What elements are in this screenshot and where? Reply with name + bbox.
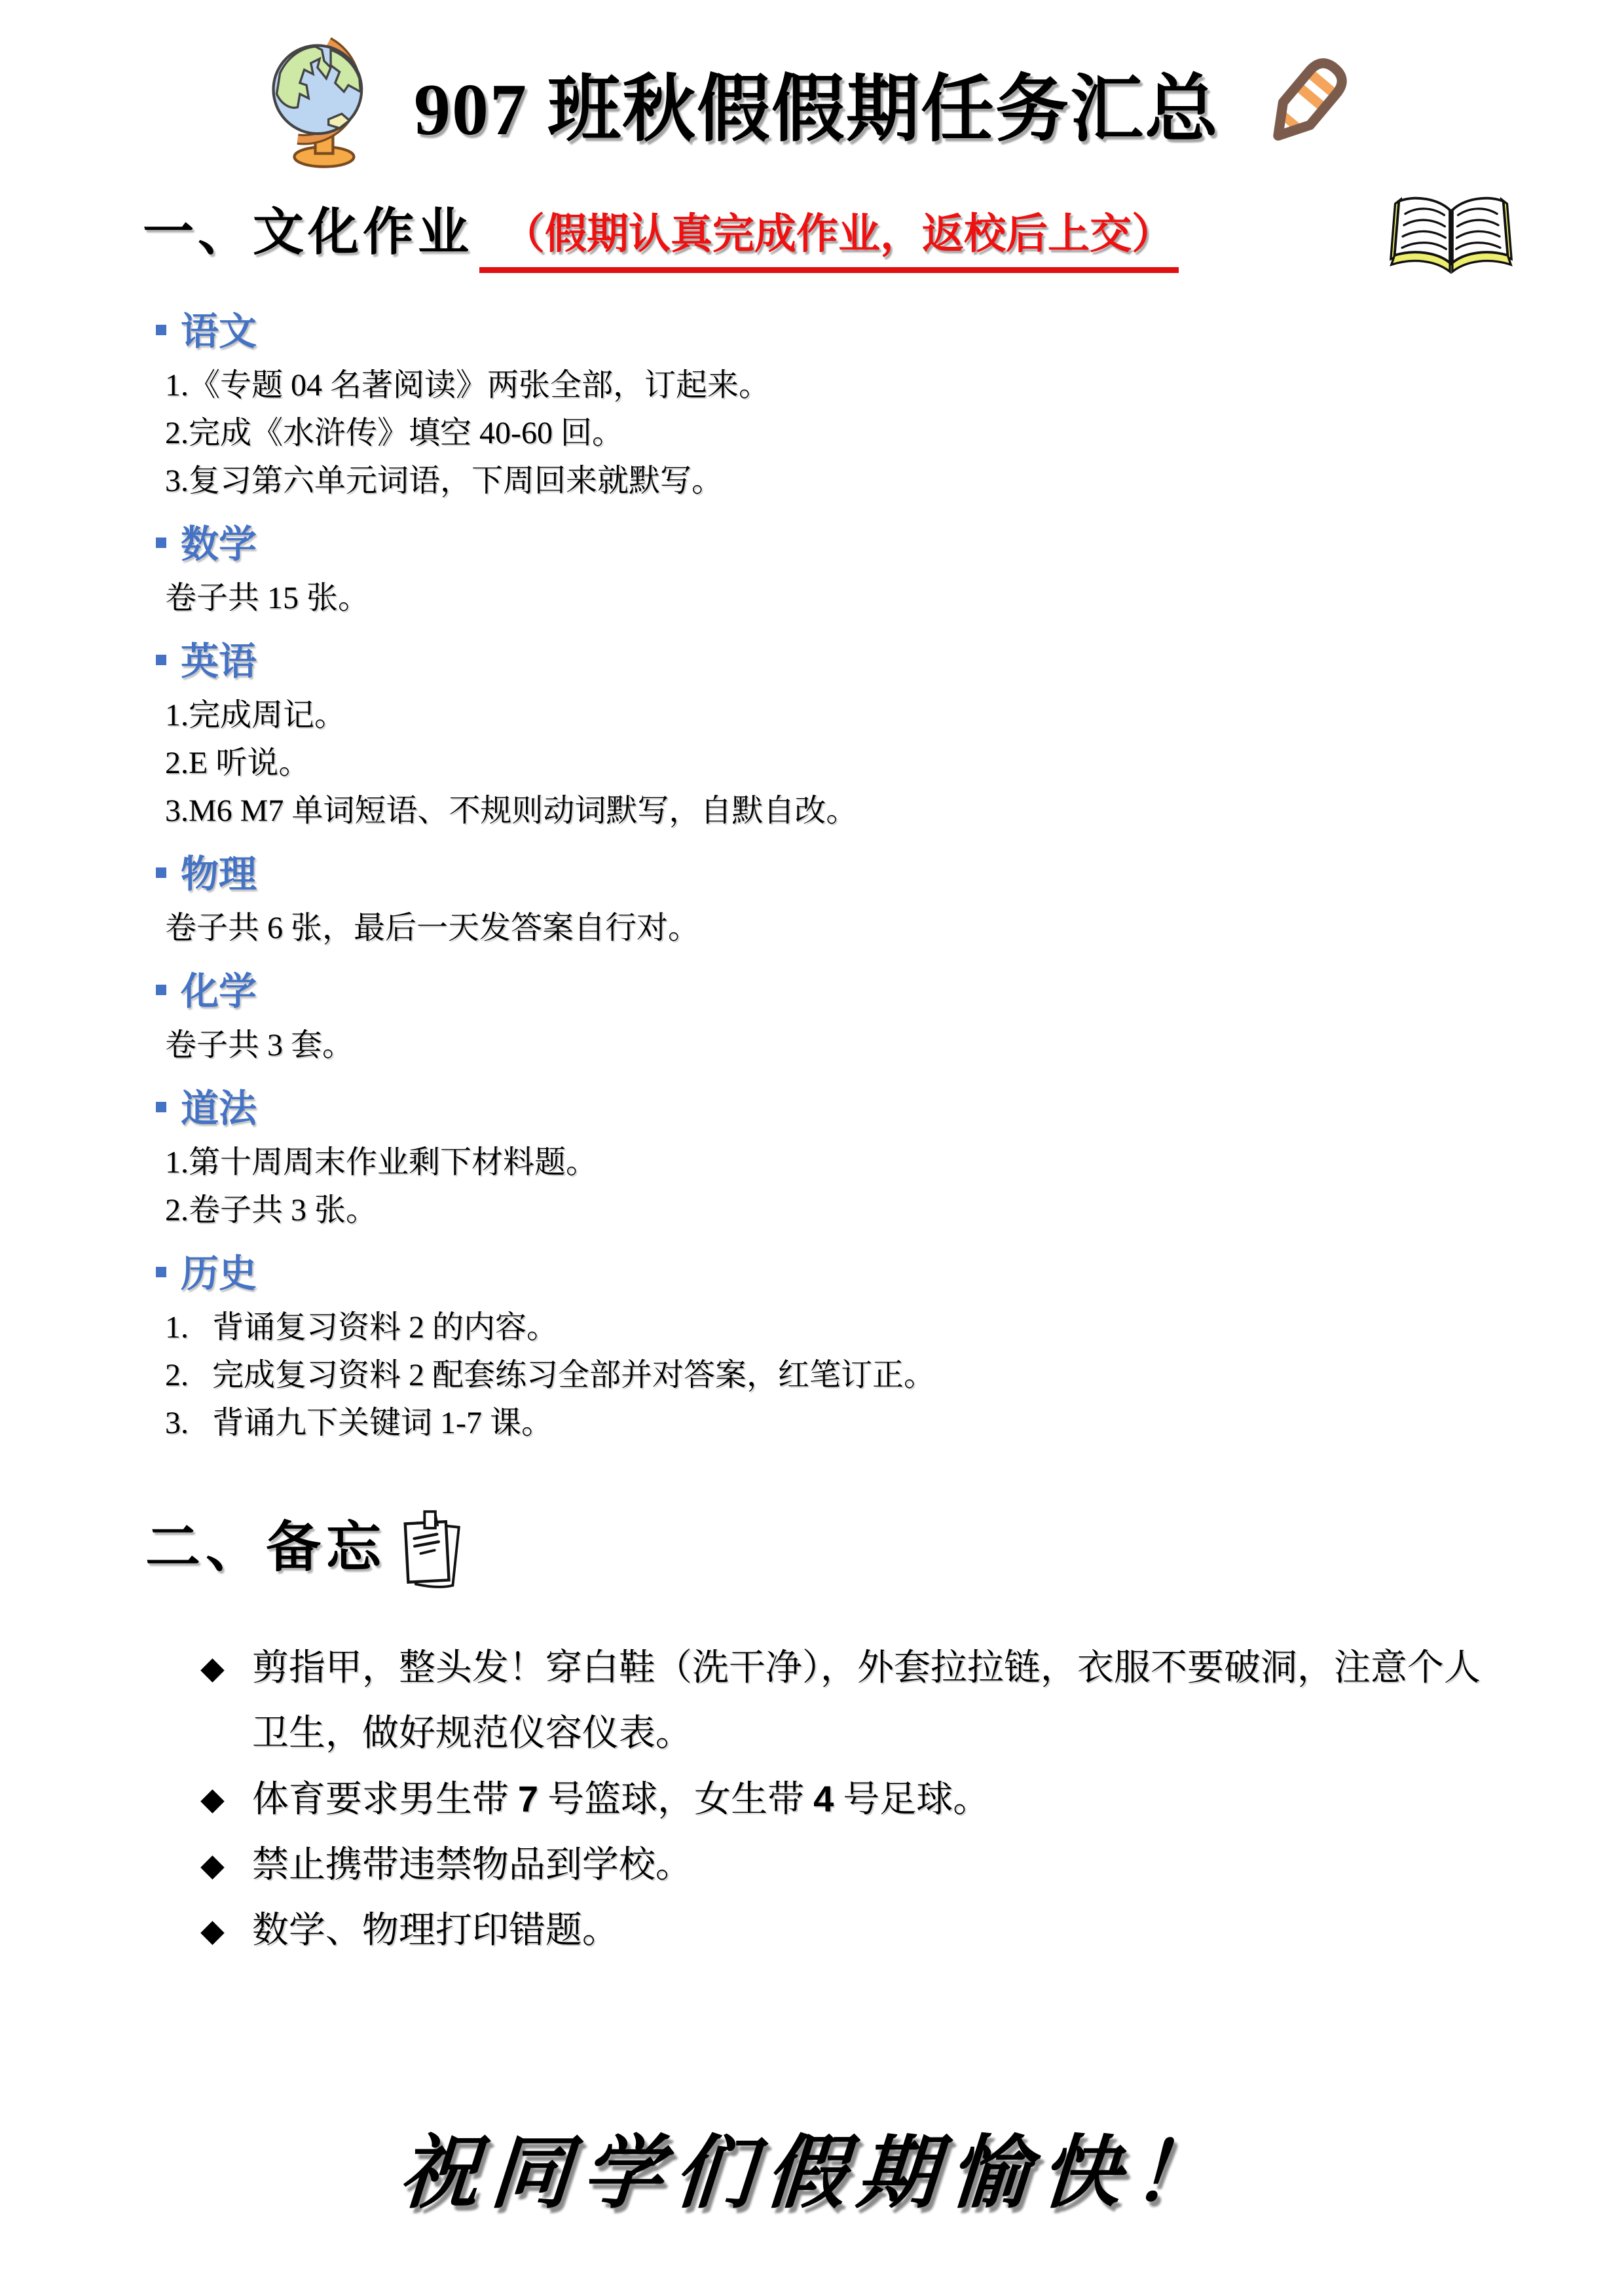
subject-name: 语文 [181, 309, 257, 355]
memo-item: ◆ 禁止携带违禁物品到学校。 [200, 1832, 1559, 1898]
square-bullet-icon [156, 538, 166, 548]
subject-name: 英语 [181, 639, 257, 685]
subject-name: 道法 [181, 1086, 257, 1132]
task-item: 1. 背诵复习资料 2 的内容。 [165, 1303, 1559, 1351]
task-item: 3.复习第六单元词语，下周回来就默写。 [165, 457, 1559, 505]
subject-heading: 数学 [149, 522, 1559, 568]
diamond-bullet-icon: ◆ [200, 1898, 225, 1963]
memo-item: ◆ 剪指甲，整头发！穿白鞋（洗干净），外套拉拉链，衣服不要破洞，注意个人卫生，做… [200, 1635, 1559, 1766]
subject-physics: 物理 卷子共 6 张，最后一天发答案自行对。 [149, 852, 1559, 952]
pencil-icon [1242, 48, 1361, 158]
subject-name: 历史 [181, 1251, 257, 1297]
subject-history: 历史 1. 背诵复习资料 2 的内容。 2. 完成复习资料 2 配套练习全部并对… [149, 1251, 1559, 1447]
section2-heading: 二、备忘 [145, 1512, 386, 1584]
subject-math: 数学 卷子共 15 张。 [149, 522, 1559, 622]
section1-heading-row: 一、文化作业 （假期认真完成作业，返校后上交） [143, 191, 1519, 285]
subject-heading: 道法 [149, 1086, 1559, 1132]
square-bullet-icon [156, 325, 166, 335]
task-item: 2.完成《水浒传》填空 40-60 回。 [165, 409, 1559, 457]
diamond-bullet-icon: ◆ [200, 1832, 225, 1898]
diamond-bullet-icon: ◆ [200, 1635, 225, 1701]
memo-item: ◆ 数学、物理打印错题。 [200, 1898, 1559, 1963]
memo-item: ◆ 体育要求男生带 7 号篮球，女生带 4 号足球。 [200, 1766, 1559, 1832]
memo-list: ◆ 剪指甲，整头发！穿白鞋（洗干净），外套拉拉链，衣服不要破洞，注意个人卫生，做… [200, 1635, 1559, 1963]
diamond-bullet-icon: ◆ [200, 1766, 225, 1832]
subject-list: 语文 1.《专题 04 名著阅读》两张全部，订起来。 2.完成《水浒传》填空 4… [149, 309, 1559, 1447]
subject-name: 化学 [181, 969, 257, 1015]
memo-text-part: 号足球。 [834, 1779, 989, 1820]
task-item: 卷子共 3 套。 [165, 1021, 1559, 1069]
section1-note: （假期认真完成作业，返校后上交） [479, 200, 1179, 273]
memo-text: 禁止携带违禁物品到学校。 [252, 1832, 692, 1898]
task-item: 3. 背诵九下关键词 1-7 课。 [165, 1399, 1559, 1447]
task-item: 2.E 听说。 [165, 739, 1559, 787]
ball-size-number: 7 [518, 1778, 538, 1819]
memo-text: 剪指甲，整头发！穿白鞋（洗干净），外套拉拉链，衣服不要破洞，注意个人卫生，做好规… [252, 1635, 1483, 1766]
subject-name: 数学 [181, 522, 257, 568]
task-item: 3.M6 M7 单词短语、不规则动词默写，自默自改。 [165, 787, 1559, 835]
square-bullet-icon [156, 1267, 166, 1277]
subject-heading: 化学 [149, 969, 1559, 1015]
globe-icon [263, 37, 392, 169]
square-bullet-icon [156, 985, 166, 995]
subject-english: 英语 1.完成周记。 2.E 听说。 3.M6 M7 单词短语、不规则动词默写，… [149, 639, 1559, 835]
subject-heading: 物理 [149, 852, 1559, 898]
subject-morality-law: 道法 1.第十周周末作业剩下材料题。 2.卷子共 3 张。 [149, 1086, 1559, 1234]
memo-text-part: 号篮球，女生带 [538, 1779, 813, 1820]
section1-heading: 一、文化作业 [143, 191, 473, 264]
task-item: 卷子共 6 张，最后一天发答案自行对。 [165, 904, 1559, 952]
document-page: 907 班秋假假期任务汇总 一、文化作业 （假期认真完成作业，返校后上交） [0, 0, 1624, 2223]
task-item: 2.卷子共 3 张。 [165, 1186, 1559, 1234]
task-item: 1.第十周周末作业剩下材料题。 [165, 1139, 1559, 1186]
subject-chemistry: 化学 卷子共 3 套。 [149, 969, 1559, 1069]
subject-heading: 英语 [149, 639, 1559, 685]
square-bullet-icon [156, 867, 166, 878]
square-bullet-icon [156, 655, 166, 665]
task-item: 2. 完成复习资料 2 配套练习全部并对答案，红笔订正。 [165, 1351, 1559, 1399]
memo-text: 体育要求男生带 7 号篮球，女生带 4 号足球。 [252, 1766, 989, 1832]
task-item: 1.《专题 04 名著阅读》两张全部，订起来。 [165, 361, 1559, 409]
memo-text: 数学、物理打印错题。 [252, 1898, 619, 1963]
square-bullet-icon [156, 1102, 166, 1112]
ball-size-number: 4 [813, 1778, 834, 1819]
memo-text-part: 体育要求男生带 [252, 1779, 518, 1820]
page-title: 907 班秋假假期任务汇总 [414, 50, 1219, 156]
task-item: 1.完成周记。 [165, 691, 1559, 739]
notepad-icon [396, 1512, 469, 1597]
title-row: 907 班秋假假期任务汇总 [0, 0, 1624, 169]
open-book-icon [1383, 191, 1519, 285]
subject-heading: 语文 [149, 309, 1559, 355]
subject-chinese: 语文 1.《专题 04 名著阅读》两张全部，订起来。 2.完成《水浒传》填空 4… [149, 309, 1559, 505]
section2-heading-row: 二、备忘 [145, 1512, 1624, 1597]
task-item: 卷子共 15 张。 [165, 574, 1559, 622]
subject-name: 物理 [181, 852, 257, 898]
footer-message: 祝同学们假期愉快！ [0, 2109, 1624, 2223]
subject-heading: 历史 [149, 1251, 1559, 1297]
